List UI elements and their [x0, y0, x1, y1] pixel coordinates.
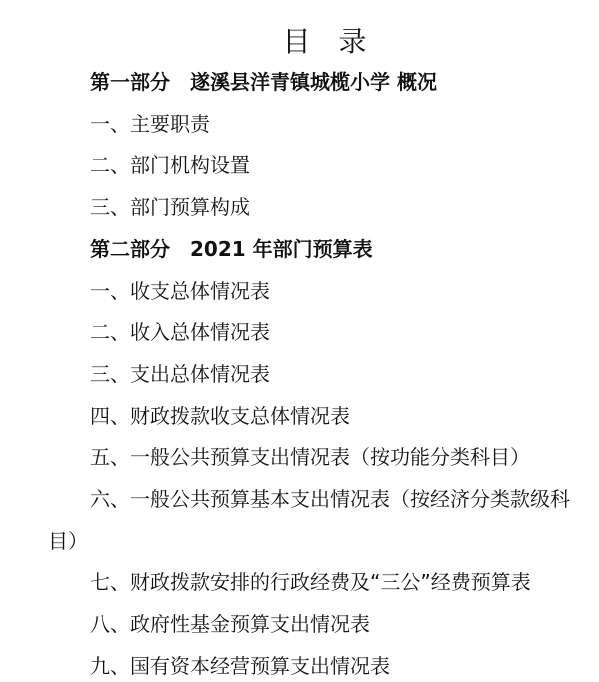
toc-part-2: 第二部分 2021 年部门预算表: [90, 229, 373, 271]
toc-item: 三、支出总体情况表: [90, 354, 270, 396]
toc-item: 二、部门机构设置: [90, 145, 250, 187]
toc-item: 七、财政拨款安排的行政经费及“三公”经费预算表: [90, 562, 531, 604]
toc-item: 一、收支总体情况表: [90, 271, 270, 313]
toc-item: 五、一般公共预算支出情况表（按功能分类科目）: [90, 437, 530, 479]
toc-part-1: 第一部分 遂溪县洋青镇城榄小学 概况: [90, 62, 437, 104]
toc-item: 三、部门预算构成: [90, 187, 250, 229]
page-title: 目 录: [0, 20, 599, 60]
toc-item: 九、国有资本经营预算支出情况表: [90, 646, 390, 682]
toc-item: 四、财政拨款收支总体情况表: [90, 396, 350, 438]
toc-item-continuation: 目）: [48, 521, 88, 563]
toc-item: 六、一般公共预算基本支出情况表（按经济分类款级科: [90, 479, 570, 521]
toc-item: 八、政府性基金预算支出情况表: [90, 604, 370, 646]
toc-item: 一、主要职责: [90, 104, 210, 146]
toc-item: 二、收入总体情况表: [90, 312, 270, 354]
